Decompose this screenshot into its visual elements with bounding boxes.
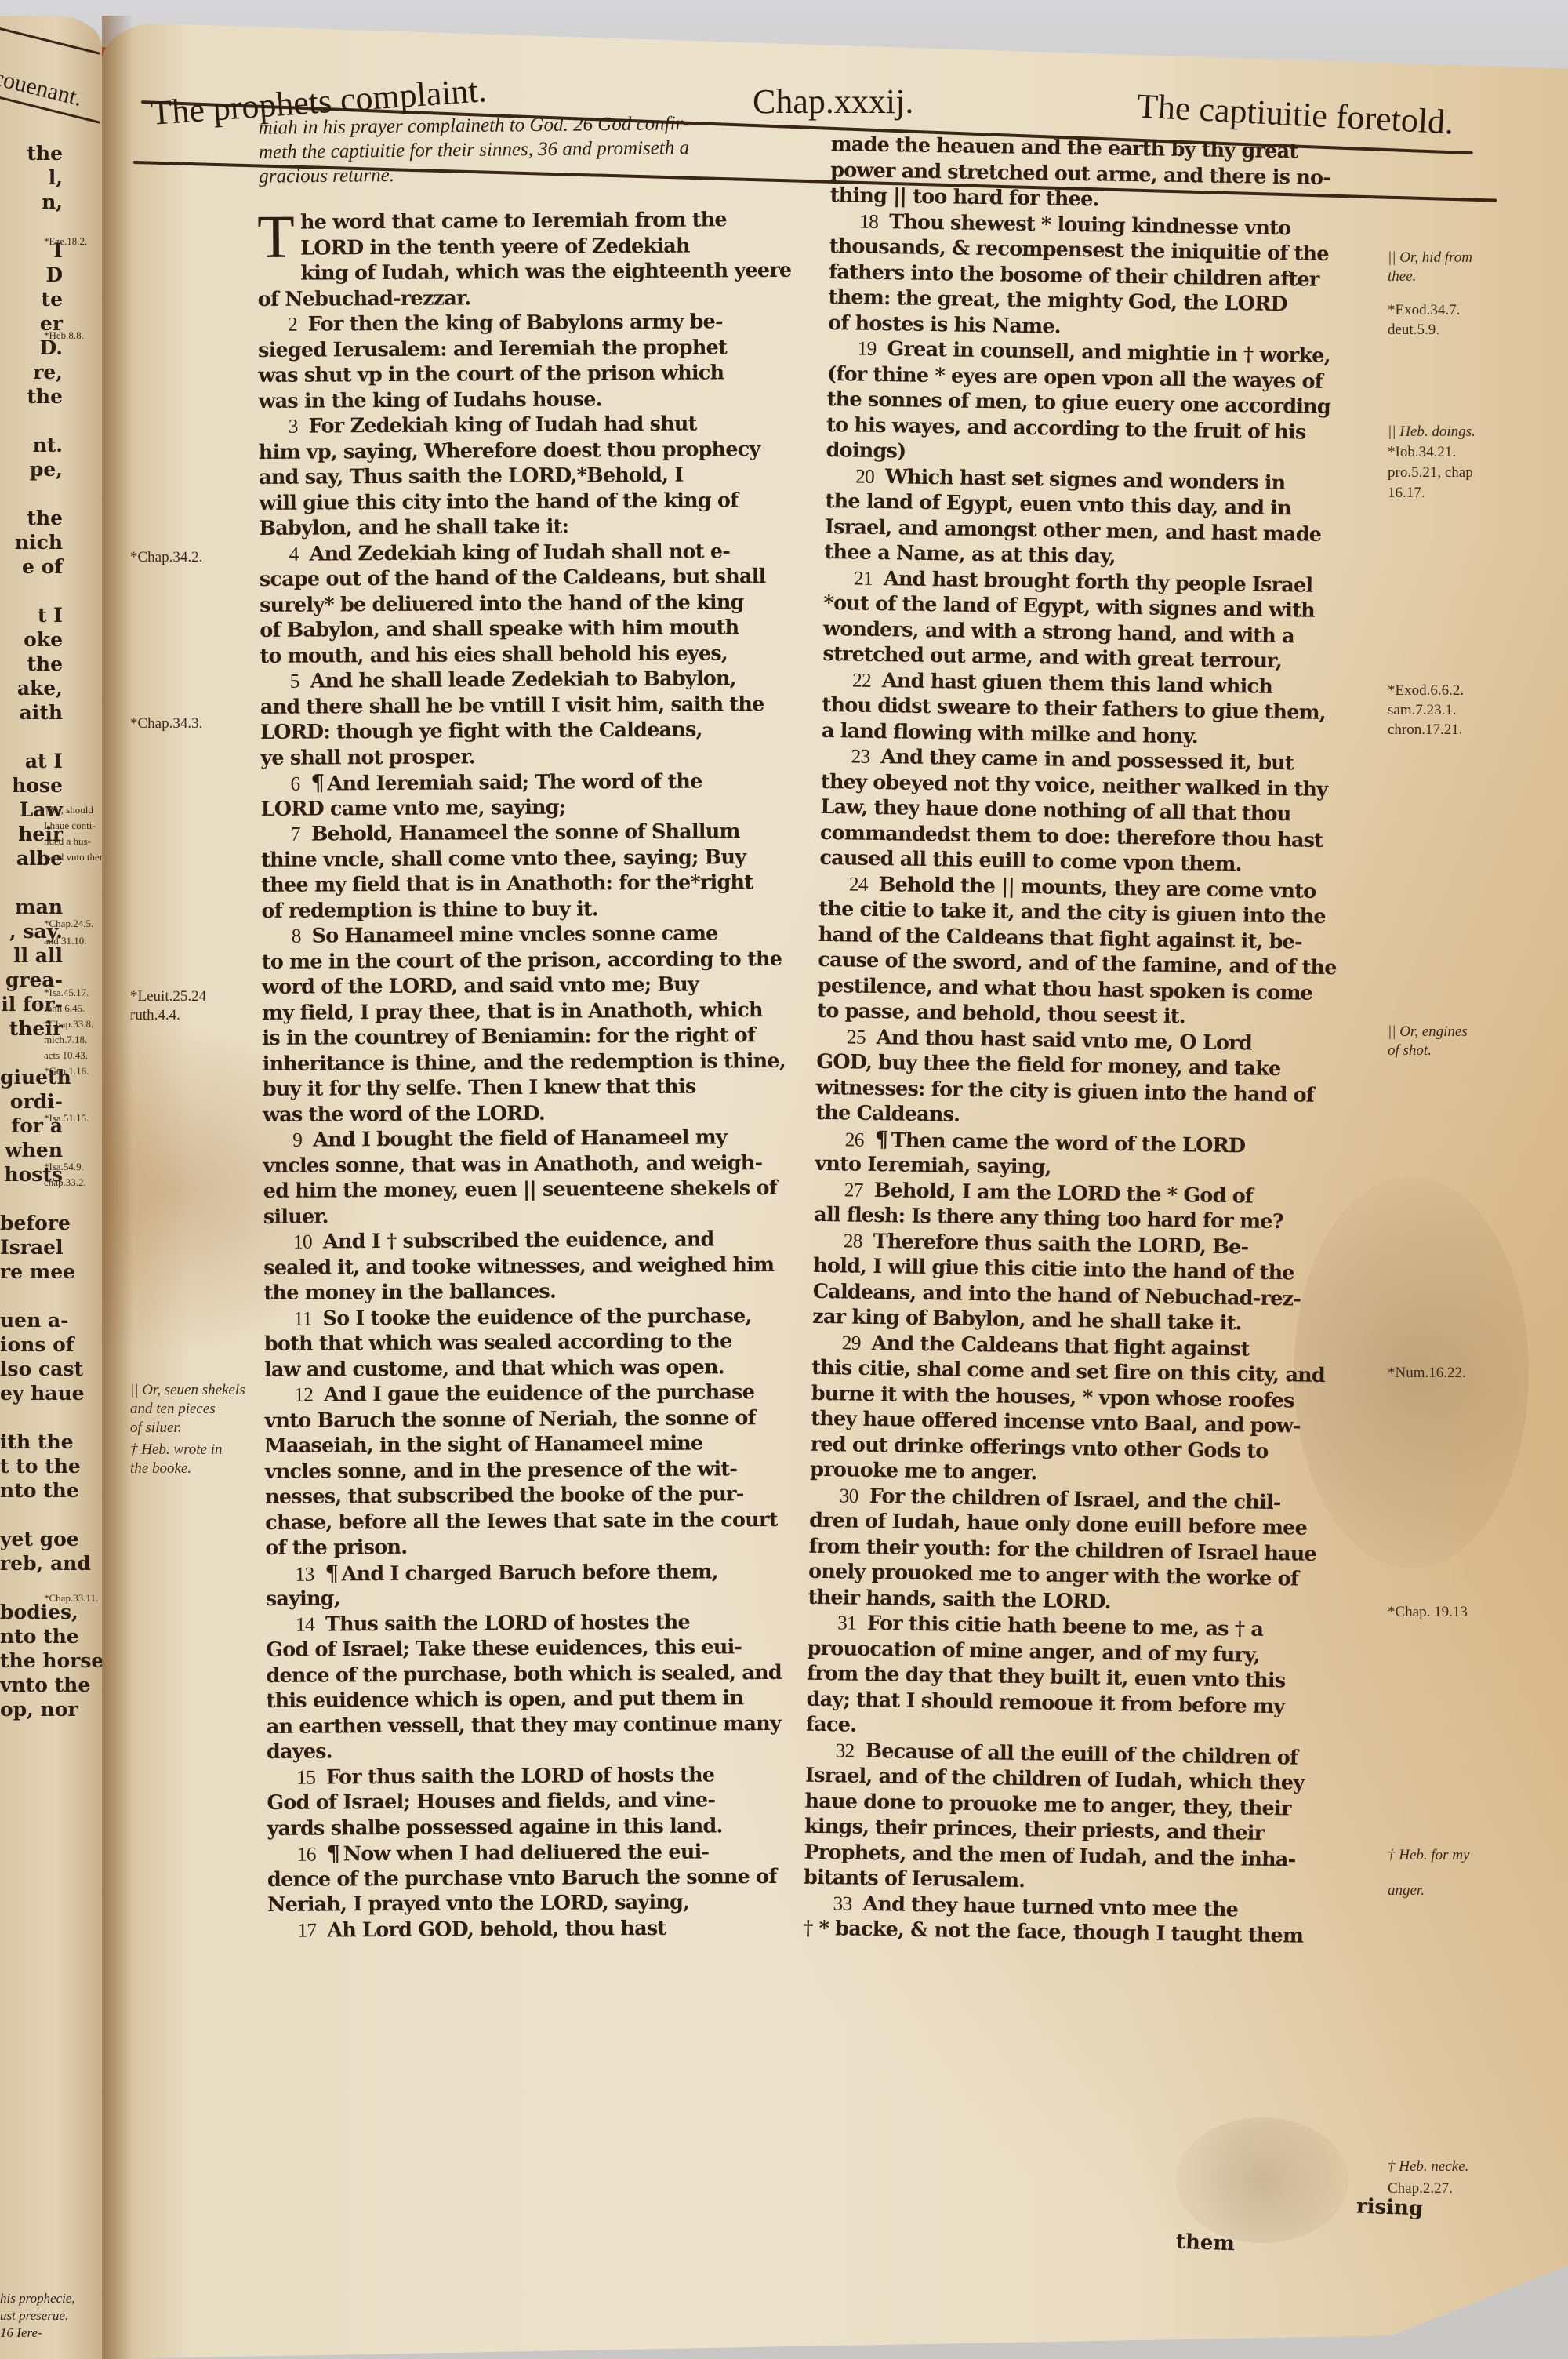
text-line: 5And he shall leade Zedekiah to Babylon, — [260, 666, 825, 695]
line-text: of the prison. — [265, 1536, 407, 1560]
previous-margin-note: *Chap.33.8. — [44, 1018, 93, 1030]
text-line: Neriah, I prayed vnto the LORD, saying, — [267, 1889, 832, 1918]
text-line: this euidence which is open, and put the… — [267, 1685, 831, 1714]
previous-page-line: l, — [0, 165, 102, 190]
line-text: nesses, that subscribed the booke of the… — [265, 1482, 744, 1509]
text-line: of redemption is thine to buy it. — [261, 895, 826, 924]
previous-page-line: the — [0, 506, 102, 530]
line-text: dence of the purchase vnto Baruch the so… — [267, 1864, 777, 1891]
line-text: vnto Ieremiah, saying, — [815, 1152, 1051, 1179]
verse-block: 17Ah Lord GOD, behold, thou hast — [267, 1914, 832, 1943]
previous-margin-note: *Gen 1.16. — [44, 1065, 89, 1077]
line-text: LORD: though ye fight with the Caldeans, — [260, 718, 702, 744]
verse-block: 8So Hanameel mine vncles sonne cameto me… — [262, 921, 828, 1128]
line-text: was in the king of Iudahs house. — [258, 387, 601, 413]
line-text: Neriah, I prayed vnto the LORD, saying, — [267, 1891, 689, 1917]
line-text: to passe, and behold, thou seest it. — [817, 999, 1185, 1028]
margin-note: *Exod.34.7. — [1388, 302, 1460, 319]
line-text: So I tooke the euidence of the purchase, — [323, 1304, 752, 1330]
previous-page-line: man — [0, 895, 102, 919]
text-line: Maaseiah, in the sight of Hanameel mine — [265, 1430, 829, 1459]
margin-note: || Heb. doings. — [1388, 423, 1475, 441]
margin-note: pro.5.21, chap — [1388, 464, 1473, 482]
line-text: Now when I had deliuered the eui- — [343, 1841, 710, 1866]
previous-page-line: at I — [0, 749, 102, 773]
verse-number: 19 — [827, 336, 887, 360]
previous-margin-note: mich.7.18. — [44, 1034, 87, 1045]
margin-note: anger. — [1388, 1882, 1425, 1899]
text-line: word of the LORD, and said vnto me; Buy — [262, 972, 826, 1001]
previous-page-line: hose — [0, 773, 102, 798]
previous-page-line: ake, — [0, 676, 102, 700]
drop-cap: T — [257, 212, 294, 262]
previous-margin-note: and 31.10. — [44, 935, 87, 947]
previous-page-line: the — [0, 652, 102, 676]
line-text: prouoke me to anger. — [810, 1458, 1037, 1485]
line-text: For thus saith the LORD of hosts the — [326, 1763, 714, 1789]
verse-number: 29 — [812, 1330, 872, 1354]
text-line: surely* be deliuered into the hand of th… — [260, 589, 824, 618]
previous-margin-note: *Isa.54.9. — [44, 1161, 84, 1172]
margin-note: † Heb. necke. — [1388, 2158, 1468, 2175]
text-line: the money in the ballances. — [263, 1278, 828, 1307]
verse-number: 18 — [829, 209, 889, 232]
text-line: vncles sonne, and in the presence of the… — [265, 1456, 829, 1485]
line-text: was shut vp in the court of the prison w… — [258, 361, 724, 387]
previous-page-line: ordi- — [0, 1089, 102, 1114]
line-text: And I gaue the euidence of the purchase — [324, 1380, 754, 1406]
previous-page-line: ll all — [0, 943, 102, 968]
margin-note: || Or, engines — [1388, 1023, 1468, 1041]
text-line: 2For then the king of Babylons army be- — [258, 309, 822, 338]
text-line: to mouth, and his eies shall behold his … — [260, 640, 824, 669]
text-line: was in the king of Iudahs house. — [258, 385, 822, 414]
margin-note: *Exod.6.6.2. — [1388, 682, 1464, 700]
previous-page-line: lso cast — [0, 1357, 102, 1381]
line-text: word of the LORD, and said vnto me; Buy — [262, 973, 699, 999]
text-line: buy it for thy selfe. Then I knew that t… — [263, 1074, 827, 1103]
margin-note: *Leuit.25.24 — [130, 988, 206, 1005]
margin-note: Chap.2.27. — [1388, 2180, 1453, 2197]
previous-page-line: ith the — [0, 1430, 102, 1454]
line-text: bitants of Ierusalem. — [804, 1866, 1025, 1892]
previous-page-line — [0, 579, 102, 603]
line-text: Ah Lord GOD, behold, thou hast — [327, 1916, 666, 1942]
text-line: my field, I pray thee, that is in Anatho… — [262, 997, 826, 1026]
line-text: and say, Thus saith the LORD,*Behold, I — [259, 463, 684, 489]
margin-note: || Or, seuen shekels — [130, 1382, 245, 1399]
margin-note: 16.17. — [1388, 485, 1425, 502]
text-line: vncles sonne, that was in Anathoth, and … — [263, 1150, 827, 1179]
verse-number: 25 — [817, 1024, 877, 1048]
line-text: vnto Baruch the sonne of Neriah, the son… — [264, 1406, 755, 1433]
previous-margin-note: *Heb.8.8. — [44, 329, 84, 341]
verse-block: 33And they haue turned vnto mee the† * b… — [803, 1890, 1352, 1950]
line-text: buy it for thy selfe. Then I knew that t… — [263, 1075, 696, 1101]
previous-margin-note: nued a hus- — [44, 835, 91, 847]
margin-note: *Chap.34.3. — [130, 715, 202, 732]
text-line: yards shalbe possessed againe in this la… — [267, 1812, 832, 1841]
previous-page-text: thel,n, IDteerD.re,the nt.pe, theniche o… — [0, 141, 102, 1721]
text-line: him vp, saying, Wherefore doest thou pro… — [259, 436, 823, 465]
text-line: dayes. — [267, 1736, 831, 1765]
previous-page-line — [0, 725, 102, 749]
previous-page-line: nt. — [0, 433, 102, 457]
line-text: face. — [806, 1713, 857, 1737]
previous-page-line: te — [0, 287, 102, 311]
text-line: both that which was sealed according to … — [264, 1329, 829, 1358]
verse-number: 11 — [264, 1307, 323, 1329]
line-text: king of Iudah, which was the eighteenth … — [300, 259, 791, 285]
line-text: thee my field that is in Anathoth: for t… — [261, 871, 753, 897]
line-text: thing || too hard for thee. — [829, 184, 1098, 211]
verse-block: 18Thou shewest * louing kindnesse vntoth… — [828, 208, 1378, 343]
previous-margin-note: || Or, should — [44, 804, 93, 816]
previous-page-line: t I — [0, 603, 102, 627]
line-text: will giue this city into the hand of the… — [259, 489, 738, 515]
line-text: vncles sonne, and in the presence of the… — [265, 1457, 737, 1484]
previous-margin-note: chap.33.2. — [44, 1176, 86, 1188]
previous-page-line: nto the — [0, 1624, 102, 1648]
margin-note: sam.7.23.1. — [1388, 702, 1457, 719]
margin-note: deut.5.9. — [1388, 322, 1439, 339]
text-line: will giue this city into the hand of the… — [259, 487, 823, 516]
line-text: of Babylon, and shall speake with him mo… — [260, 616, 739, 642]
verse-number: 27 — [815, 1177, 874, 1201]
verse-number: 21 — [824, 565, 884, 589]
line-text: the money in the ballances. — [263, 1280, 556, 1305]
verse-number: 31 — [808, 1611, 867, 1634]
line-text: For then the king of Babylons army be- — [308, 310, 723, 336]
margin-note: of siluer. — [130, 1419, 181, 1437]
margin-note: thee. — [1388, 268, 1416, 285]
text-line: God of Israel; Houses and fields, and vi… — [267, 1787, 831, 1816]
previous-page-line — [0, 482, 102, 506]
previous-page-line: before — [0, 1211, 102, 1235]
verse-number: 3 — [259, 415, 309, 438]
text-line: LORD: though ye fight with the Caldeans, — [260, 717, 825, 746]
text-line: thine vncle, shall come vnto thee, sayin… — [261, 844, 826, 873]
line-text: ye shall not prosper. — [260, 745, 475, 770]
previous-page-line: the — [0, 141, 102, 165]
line-text: of Nebuchad-rezzar. — [258, 286, 471, 311]
line-text: to mouth, and his eies shall behold his … — [260, 642, 728, 668]
line-text: was the word of the LORD. — [263, 1101, 545, 1126]
verse-block: 31For this citie hath beene to me, as † … — [806, 1610, 1356, 1746]
verse-number: 15 — [267, 1765, 326, 1788]
margin-note: chron.17.21. — [1388, 722, 1463, 739]
line-text: For Zedekiah king of Iudah had shut — [309, 413, 697, 438]
line-text: him vp, saying, Wherefore doest thou pro… — [259, 438, 760, 464]
text-line: LORD in the tenth yeere of Zedekiah — [257, 232, 822, 261]
line-text: dence of the purchase, both which is sea… — [266, 1660, 782, 1687]
verse-number: 5 — [260, 670, 310, 692]
text-line: 17Ah Lord GOD, behold, thou hast — [267, 1914, 832, 1943]
line-text: And he shall leade Zedekiah to Babylon, — [310, 667, 736, 692]
line-text: dayes. — [267, 1739, 332, 1764]
verse-block: 6¶And Ieremiah said; The word of theLORD… — [260, 768, 825, 822]
verse-number: 26 — [815, 1127, 875, 1150]
verse-number: 30 — [809, 1483, 869, 1507]
text-line: vnto Baruch the sonne of Neriah, the son… — [264, 1405, 829, 1434]
verse-number: 23 — [821, 744, 880, 768]
pilcrow-icon: ¶ — [327, 1840, 340, 1866]
line-text: siluer. — [263, 1205, 328, 1229]
previous-page-line: reb, and — [0, 1551, 102, 1576]
text-line: LORD came vnto me, saying; — [261, 793, 826, 822]
previous-page-line: op, nor — [0, 1697, 102, 1721]
line-text: chase, before all the Iewes that sate in… — [265, 1507, 777, 1534]
text-line: inheritance is thine, and the redemption… — [263, 1048, 827, 1077]
verse-number: 7 — [261, 823, 311, 845]
text-line: is in the countrey of Beniamin: for the … — [262, 1023, 826, 1052]
verse-number: 8 — [262, 925, 312, 947]
line-text: ed him the money, euen || seuenteene she… — [263, 1176, 777, 1203]
line-text: Behold, Hanameel the sonne of Shallum — [311, 820, 740, 845]
verse-block: 27Behold, I am the LORD the * God ofall … — [814, 1176, 1363, 1236]
text-line: 15For thus saith the LORD of hosts the — [267, 1761, 831, 1790]
verse-block: 5And he shall leade Zedekiah to Babylon,… — [260, 666, 826, 771]
text-line: 7Behold, Hanameel the sonne of Shallum — [261, 819, 826, 848]
verse-number: 24 — [819, 871, 879, 895]
previous-margin-note: band vnto them? — [44, 851, 102, 863]
previous-footer-line: his prophecie, — [0, 2290, 75, 2307]
margin-note: *Chap.34.2. — [130, 549, 202, 566]
text-line: saying, — [266, 1583, 830, 1612]
verse-number: 6 — [260, 772, 310, 795]
text-line: sealed it, and tooke witnesses, and weig… — [263, 1252, 828, 1281]
ink-smudge — [1176, 2117, 1348, 2243]
margin-note: of shot. — [1388, 1042, 1432, 1060]
margin-note: *Num.16.22. — [1388, 1365, 1466, 1382]
previous-page-line: the — [0, 384, 102, 409]
text-line: sieged Ierusalem: and Ieremiah the proph… — [258, 334, 822, 363]
header-rule — [0, 26, 100, 55]
line-text: thee a Name, as at this day, — [824, 540, 1116, 569]
verse-block: 32Because of all the euill of the childr… — [804, 1737, 1355, 1899]
right-text-column: made the heauen and the earth by thy gre… — [803, 132, 1380, 1950]
line-text: and there shall he be vntill I visit him… — [260, 692, 764, 719]
previous-footer-line: 16 Iere- — [0, 2324, 75, 2342]
text-line: siluer. — [263, 1201, 828, 1230]
previous-page-line: when — [0, 1138, 102, 1162]
text-line: 8So Hanameel mine vncles sonne came — [262, 921, 826, 950]
previous-page-line: nto the — [0, 1478, 102, 1503]
text-line: he word that came to Ieremiah from the — [257, 207, 822, 236]
previous-page-line: the horse — [0, 1648, 102, 1673]
margin-note: † Heb. for my — [1388, 1847, 1469, 1864]
text-line: king of Iudah, which was the eighteenth … — [257, 258, 822, 287]
verse-number: 12 — [264, 1383, 324, 1406]
line-text: God of Israel; Houses and fields, and vi… — [267, 1788, 715, 1814]
line-text: yards shalbe possessed againe in this la… — [267, 1814, 723, 1841]
line-text: Maaseiah, in the sight of Hanameel mine — [265, 1432, 703, 1458]
chapter-summary: miah in his prayer complaineth to God. 2… — [259, 110, 824, 189]
previous-running-head: couenant. — [0, 64, 85, 112]
verse-number: 32 — [805, 1738, 865, 1761]
text-line: chase, before all the Iewes that sate in… — [265, 1507, 829, 1536]
previous-margin-note: *Isa.51.15. — [44, 1112, 89, 1124]
previous-page-line: n, — [0, 190, 102, 214]
verse-block: 7Behold, Hanameel the sonne of Shallumth… — [261, 819, 826, 924]
previous-page-line: aith — [0, 700, 102, 725]
verse-number: 13 — [266, 1562, 325, 1585]
verse-block: 3For Zedekiah king of Iudah had shuthim … — [259, 411, 824, 542]
verse-block: 4And Zedekiah king of Iudah shall not e-… — [260, 538, 825, 669]
previous-page-line: ey haue — [0, 1381, 102, 1405]
line-text: surely* be deliuered into the hand of th… — [260, 591, 744, 617]
verse-number: 2 — [258, 313, 308, 336]
text-line: 16¶Now when I had deliuered the eui- — [267, 1838, 832, 1867]
verse-block: 14Thus saith the LORD of hostes theGod o… — [266, 1608, 831, 1765]
previous-page-line: e of — [0, 554, 102, 579]
verse-block: 2For then the king of Babylons army be-s… — [258, 309, 823, 414]
verse-block: 24Behold the || mounts, they are come vn… — [817, 871, 1368, 1032]
line-text: inheritance is thine, and the redemption… — [263, 1049, 786, 1075]
text-line: 4And Zedekiah king of Iudah shall not e- — [260, 538, 824, 567]
margin-note: † Heb. wrote in — [130, 1441, 223, 1459]
text-line: 6¶And Ieremiah said; The word of the — [260, 768, 825, 797]
line-text: scape out of the hand of the Caldeans, b… — [260, 565, 766, 591]
line-text: this euidence which is open, and put the… — [267, 1686, 744, 1713]
text-line: law and custome, and that which was open… — [264, 1354, 829, 1383]
line-text: is in the countrey of Beniamin: for the … — [262, 1023, 755, 1050]
text-line: 11So I tooke the euidence of the purchas… — [264, 1303, 829, 1332]
line-text: vncles sonne, that was in Anathoth, and … — [263, 1151, 762, 1178]
verse-block: 25And thou hast said vnto me, O LordGOD,… — [815, 1023, 1366, 1134]
text-line: scape out of the hand of the Caldeans, b… — [260, 564, 824, 593]
line-text: he word that came to Ieremiah from the — [300, 208, 727, 234]
line-text: thine vncle, shall come vnto thee, sayin… — [261, 845, 746, 872]
line-text: the Caldeans. — [815, 1101, 960, 1127]
verse-number: 22 — [822, 667, 882, 691]
text-line: of Nebuchad-rezzar. — [258, 283, 822, 312]
previous-margin-note: *Chap.24.5. — [44, 918, 93, 929]
verse-block: 13¶And I charged Baruch before them,sayi… — [266, 1558, 830, 1612]
verse-block: 11So I tooke the euidence of the purchas… — [264, 1303, 829, 1383]
previous-page-line: re, — [0, 360, 102, 384]
previous-page-line: re mee — [0, 1259, 102, 1284]
previous-page-line: Israel — [0, 1235, 102, 1259]
text-line: 13¶And I charged Baruch before them, — [266, 1558, 830, 1587]
text-line: of the prison. — [265, 1532, 829, 1561]
text-line: and there shall he be vntill I visit him… — [260, 691, 825, 720]
verse-number: 33 — [803, 1891, 862, 1914]
previous-margin-note: *Chap.33.11. — [44, 1592, 98, 1604]
verse-number: 20 — [826, 463, 885, 487]
previous-page-line: D — [0, 263, 102, 287]
line-text: both that which was sealed according to … — [264, 1329, 732, 1356]
previous-margin-note: iohn 6.45. — [44, 1002, 85, 1014]
previous-margin-note: I haue conti- — [44, 820, 96, 831]
line-text: their hands, saith the LORD. — [808, 1585, 1111, 1613]
text-line: God of Israel; Take these euidences, thi… — [266, 1634, 830, 1663]
margin-note: || Or, hid from — [1388, 249, 1472, 267]
text-line: ed him the money, euen || seuenteene she… — [263, 1176, 828, 1205]
verse-block: 26¶Then came the word of the LORDvnto Ie… — [815, 1125, 1364, 1185]
margin-note: and ten pieces — [130, 1401, 216, 1418]
pilcrow-icon: ¶ — [310, 769, 324, 795]
line-text: And Zedekiah king of Iudah shall not e- — [310, 540, 731, 565]
previous-margin-note: *Isa.45.17. — [44, 987, 89, 998]
text-line: was the word of the LORD. — [263, 1099, 827, 1128]
verse-block: made the heauen and the earth by thy gre… — [829, 132, 1379, 216]
previous-margin-note: acts 10.43. — [44, 1049, 88, 1061]
verse-number: 28 — [814, 1228, 873, 1252]
text-line: nesses, that subscribed the booke of the… — [265, 1481, 829, 1510]
previous-page-line — [0, 871, 102, 895]
pilcrow-icon: ¶ — [325, 1560, 338, 1586]
line-text: doings) — [826, 438, 906, 463]
verse-block: 30For the children of Israel, and the ch… — [808, 1482, 1358, 1618]
margin-note: ruth.4.4. — [130, 1007, 180, 1024]
text-line: and say, Thus saith the LORD,*Behold, I — [259, 462, 823, 491]
line-text: Babylon, and he shall take it: — [259, 515, 568, 540]
line-text: sieged Ierusalem: and Ieremiah the proph… — [258, 336, 727, 362]
line-text: saying, — [266, 1587, 340, 1611]
previous-page-line: yet goe — [0, 1527, 102, 1551]
text-line: of Babylon, and shall speake with him mo… — [260, 615, 824, 644]
previous-page-line: vnto the — [0, 1673, 102, 1697]
text-line: Babylon, and he shall take it: — [259, 513, 823, 542]
line-text: LORD came vnto me, saying; — [261, 795, 566, 820]
line-text: And I charged Baruch before them, — [341, 1560, 717, 1586]
catchword-right: rising — [1356, 2195, 1424, 2221]
text-line: an earthen vessell, that they may contin… — [267, 1710, 831, 1739]
previous-page-line — [0, 409, 102, 433]
text-line: to me in the court of the prison, accord… — [262, 946, 826, 975]
previous-page-line: pe, — [0, 457, 102, 482]
previous-page-line: nich — [0, 530, 102, 554]
verse-number: 4 — [260, 542, 310, 565]
previous-page-strip: couenant. thel,n, IDteerD.re,the nt.pe, … — [0, 16, 102, 2359]
verse-block: 16¶Now when I had deliuered the eui-denc… — [267, 1838, 833, 1918]
line-text: to me in the court of the prison, accord… — [262, 947, 782, 973]
line-text: God of Israel; Take these euidences, thi… — [266, 1635, 742, 1662]
verse-block: 9And I bought the field of Hanameel myvn… — [263, 1125, 828, 1230]
line-text: of hostes is his Name. — [828, 311, 1061, 338]
previous-page-line — [0, 1503, 102, 1527]
verse-block: 22And hast giuen them this land whichtho… — [822, 667, 1371, 751]
verse-number: 14 — [266, 1612, 325, 1635]
line-text: sealed it, and tooke witnesses, and weig… — [263, 1252, 774, 1279]
line-text: So Hanameel mine vncles sonne came — [312, 921, 718, 947]
verse-block: 21And hast brought forth thy people Isra… — [822, 565, 1373, 675]
text-line: 12And I gaue the euidence of the purchas… — [264, 1379, 829, 1408]
verse-number: 16 — [267, 1842, 327, 1865]
verse-block: 29And the Caldeans that fight againstthi… — [810, 1329, 1361, 1491]
line-text: LORD in the tenth yeere of Zedekiah — [300, 234, 690, 260]
text-line: 9And I bought the field of Hanameel my — [263, 1125, 827, 1154]
line-text: And I † subscribed the euidence, and — [323, 1227, 714, 1253]
text-line: 3For Zedekiah king of Iudah had shut — [259, 411, 823, 440]
verse-number: 9 — [263, 1129, 313, 1151]
previous-page-line: ions of — [0, 1332, 102, 1357]
gutter-shadow — [102, 16, 133, 2359]
verse-block: 10And I † subscribed the euidence, andse… — [263, 1227, 829, 1307]
previous-page-line: t to the — [0, 1454, 102, 1478]
text-line: 14Thus saith the LORD of hostes the — [266, 1608, 830, 1637]
verse-block: 19Great in counsell, and mightie in † wo… — [826, 336, 1376, 471]
verse-number: 10 — [263, 1230, 323, 1253]
verse-number: 17 — [267, 1918, 327, 1941]
line-text: Thus saith the LORD of hostes the — [325, 1610, 690, 1636]
previous-page-line — [0, 1284, 102, 1308]
previous-page-line — [0, 1405, 102, 1430]
line-text: of redemption is thine to buy it. — [261, 897, 598, 923]
verse-block: 15For thus saith the LORD of hosts theGo… — [267, 1761, 832, 1841]
previous-page-line: oke — [0, 627, 102, 652]
